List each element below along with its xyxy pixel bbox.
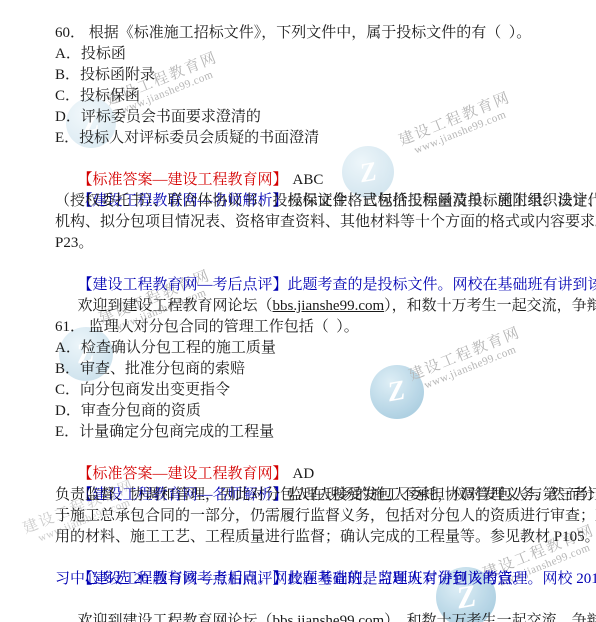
q60-comment-text: 此题考查的是投标文件。网校在基础班有讲到该考点。 — [288, 277, 596, 293]
exam-answers-document: 60． 根据《标准施工招标文件》，下列文件中，属于投标文件的有（ ）。 A．投标… — [0, 23, 596, 611]
q60-stem: 60． 根据《标准施工招标文件》，下列文件中，属于投标文件的有（ ）。 — [55, 23, 584, 44]
question-61-block: 61． 监理人对分包合同的管理工作包括（ ）。 A．检查确认分包工程的施工质量 … — [55, 317, 584, 611]
q61-analysis-line-4: 用的材料、施工工艺、工程质量进行监督；确认完成的工程量等。参见教材 P105。 — [55, 527, 584, 548]
q60-forum-post: ），和数十万考生一起交流，争辩讨论不容错过！ — [384, 298, 596, 314]
q61-stem: 61． 监理人对分包合同的管理工作包括（ ）。 — [55, 317, 584, 338]
q60-option-e: E．投标人对评标委员会质疑的书面澄清 — [55, 128, 584, 149]
q61-option-b: B．审查、批准分包商的索赔 — [55, 359, 584, 380]
q60-analysis-line-3: 机构、拟分包项目情况表、资格审查资料、其他材料等十个方面的格式或内容要求。参见教… — [55, 212, 584, 233]
q61-comment-line-2: 习中心多选 20 题与该考点相同。网校在基础班、习题班有讲到该考点。 — [55, 569, 584, 590]
q61-option-a: A．检查确认分包工程的施工质量 — [55, 338, 584, 359]
q60-option-a: A．投标函 — [55, 44, 584, 65]
q61-answer-value: AD — [293, 466, 315, 482]
q60-answer-value: ABC — [293, 172, 324, 188]
q61-option-c: C．向分包商发出变更指令 — [55, 380, 584, 401]
q60-answer-label: 【标准答案—建设工程教育网】 — [78, 172, 288, 188]
q61-option-d: D．审查分包商的资质 — [55, 401, 584, 422]
q61-analysis-line-2: 负责监督、协调和管理，因此对分包人在现场的施工不承担协调管理义务。然而分包工程仍… — [55, 485, 584, 506]
q61-answer-line: 【标准答案—建设工程教育网】AD — [55, 443, 584, 464]
q61-forum-line: 欢迎到建设工程教育网论坛（bbs.jianshe99.com），和数十万考生一起… — [55, 590, 584, 611]
q60-option-c: C．投标保函 — [55, 86, 584, 107]
q61-answer-label: 【标准答案—建设工程教育网】 — [78, 466, 288, 482]
q60-comment-label: 【建设工程教育网—考后点评】 — [78, 277, 288, 293]
q60-analysis-line-2: （授权委托书）、联合体协议书、投标保证金、已标价工程量清单、施工组织设计、项目管… — [55, 191, 584, 212]
q60-analysis-line-4: P23。 — [55, 233, 584, 254]
q60-forum-pre: 欢迎到建设工程教育网论坛（ — [78, 298, 273, 314]
question-60-block: 60． 根据《标准施工招标文件》，下列文件中，属于投标文件的有（ ）。 A．投标… — [55, 23, 584, 296]
q61-comment-line-1: 【建设工程教育网—考后点评】此题考查的是监理人对分包人的管理。网校 2014 年… — [55, 548, 584, 569]
q61-analysis-line-3: 于施工总承包合同的一部分，仍需履行监督义务，包括对分包人的资质进行审查；对分包人… — [55, 506, 584, 527]
forum-link[interactable]: bbs.jianshe99.com — [273, 613, 385, 622]
q60-answer-line: 【标准答案—建设工程教育网】ABC — [55, 149, 584, 170]
q61-forum-post: ），和数十万考生一起交流，争辩讨论不容错过！ — [384, 613, 596, 622]
q61-option-e: E．计量确定分包商完成的工程量 — [55, 422, 584, 443]
q60-option-d: D．评标委员会书面要求澄清的 — [55, 107, 584, 128]
q60-option-b: B．投标函附录 — [55, 65, 584, 86]
q61-forum-pre: 欢迎到建设工程教育网论坛（ — [78, 613, 273, 622]
q60-comment-line: 【建设工程教育网—考后点评】此题考查的是投标文件。网校在基础班有讲到该考点。 — [55, 254, 584, 275]
forum-link[interactable]: bbs.jianshe99.com — [273, 298, 385, 314]
